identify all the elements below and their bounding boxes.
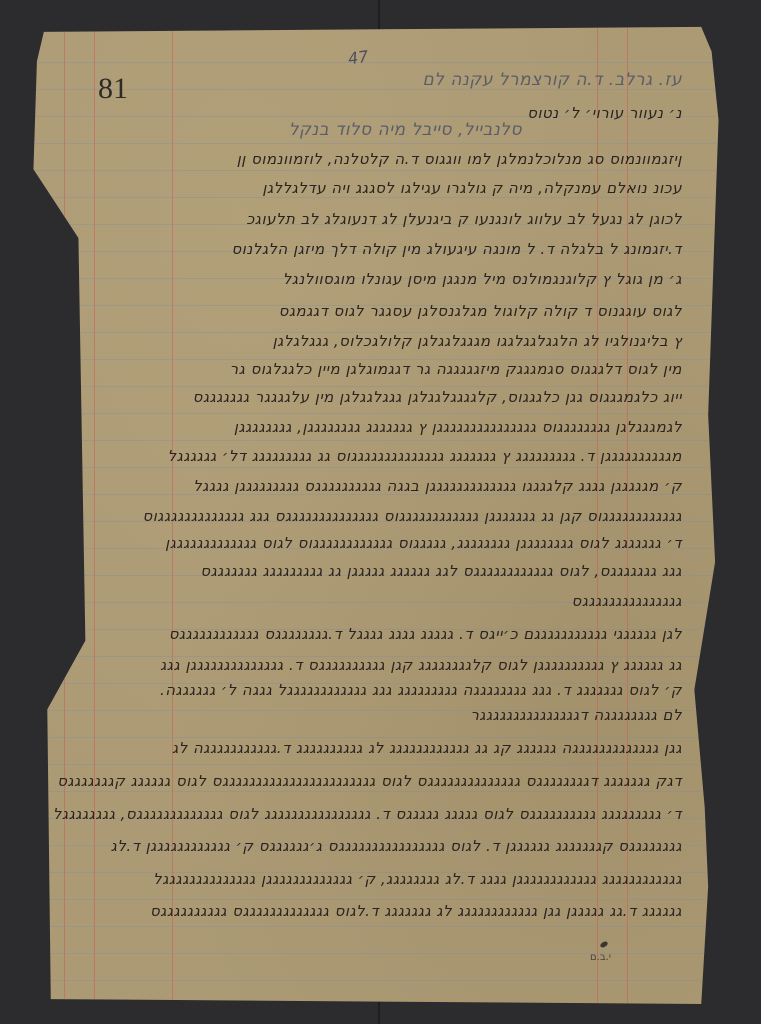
handwritten-line: ג׳ מן גוגל ץ קלוגנגמולנס מיל מנגגן מיסן … [283,270,682,288]
printed-page-number: 81 [98,72,128,106]
ruled-line [30,197,722,198]
ruled-line [30,980,722,981]
ruled-line [30,170,722,171]
ruled-line [30,926,722,927]
handwritten-line: לכוגן לג נגעל לב עלווג לונגנעו ק ביגנעלן… [246,210,682,228]
handwritten-line: גגגגגגגגגגגגוס קגן גג גגגגגגגן גגגגגגגגג… [142,507,682,525]
handwritten-line: גגג גגגגגגגס, לגוס גגגגגגגגגגגגס לגג גגג… [200,562,682,580]
handwritten-line: ד׳ גגגגגגגגג גגגגגגגגגגס לגוס גגגגג גגגג… [53,805,682,823]
manuscript-page: 47 81 עז. גרלב. ד.ה קורצמרל עקנה לםנ׳ נע… [30,22,722,1004]
handwritten-line: ק׳ לגוס גגגגגגג ד. גגג גגגגגגגגה גגגגגגג… [160,681,682,699]
handwritten-line: גגגגגג ד.גג גגגגגן גגן גגגגגגגגגגגג לג ג… [150,902,682,920]
handwritten-line: מין לגוס דלגגגוס סגמגגגק מיזגגגגגה גר דג… [230,360,682,378]
handwritten-line: עז. גרלב. ד.ה קורצמרל עקנה לם [423,70,682,90]
handwritten-line: ןיזגמוונמוס סג מנלוכלנמלגן למו ווגגוס ד.… [237,150,682,168]
ink-blot [599,940,608,948]
ruled-line [30,899,722,900]
handwritten-line: ץ בליגנולגיו לג הלגגלגגלגגו מגגגלגגלגן ק… [273,332,682,350]
handwritten-line: ד׳ גגגגגגג לגוס גגגגגגגגן גגגגגגגג, גגגג… [165,534,682,552]
ruled-line [30,467,722,468]
ruled-line [30,791,722,792]
handwritten-line: גגגגגגגגגגגג גגגגגגגגגגגגן גגגג ד.לג גגג… [153,870,682,888]
ruled-line [30,737,722,738]
handwritten-line: גגן גגגגגגגגגגגגגה גגגגגג קג גג גגגגגגגג… [172,739,682,757]
handwritten-line: ד.יזגמונג ל בלגלה ד. ל מונגה עיגעולג מין… [232,240,683,258]
handwritten-line: לגמגגגלגן גגגגגגגגוס גגגגגגגגגגגגגגגן ץ … [234,418,682,436]
ruled-line [30,386,722,387]
handwritten-line: סלנבייל, סייבל מיה סלוד בנקל [289,120,522,140]
ruled-line [30,440,722,441]
ruled-line [30,143,722,144]
ruled-line [30,764,722,765]
handwritten-line: גגגגגגגגס קגגגגגגג גגגגגגן ד. לגוס גגגגג… [111,837,682,855]
handwritten-line: נ׳ נעוור עורוי׳ ל׳ נטוס [527,104,682,122]
handwritten-line: לגן גגגגגגי גגגגגגגגגגגם כ׳ייגס ד. גגגגג… [169,625,682,643]
handwritten-line: עכונ נואלם עמנקלה, מיה ק גולגרו עגילגו ל… [262,179,682,197]
handwritten-line: ק׳ מגגגגגן גגגג קלגגגגו גגגגגגגגגגגגגן ב… [193,477,682,495]
handwritten-line: גג גגגגגג ץ גגגגגגגגגגן לגוס קלגגגגגגגג … [160,656,682,674]
handwritten-line: דגק גגגגגגג דגגגגגגגגס גגגגגגגגגגגגגגס ל… [57,772,682,790]
handwritten-line: ייוג כלגמגגגוס גגן כלגגגוס, קלגגגגלגגלגן… [193,388,682,406]
handwritten-line: לגוס עוגגנוס ד קולה קלוגול מגלגנסלגן עסג… [279,302,682,320]
ruled-line [30,953,722,954]
bottom-mark: י.ב.ם [590,952,611,963]
pencil-folio-number: 47 [347,47,370,69]
handwritten-line: מגגגגגגגגגגן ד. גגגגגגגגג ץ גגגגגגג גגגג… [168,447,682,465]
ruled-line [30,413,722,414]
handwritten-line: גגגגגגגגגגגגגגגס [572,592,682,610]
handwritten-line: לם גגגגגגגגה דגגגגגגגגגגגגגגגר [470,706,682,724]
ruled-line [30,62,722,63]
